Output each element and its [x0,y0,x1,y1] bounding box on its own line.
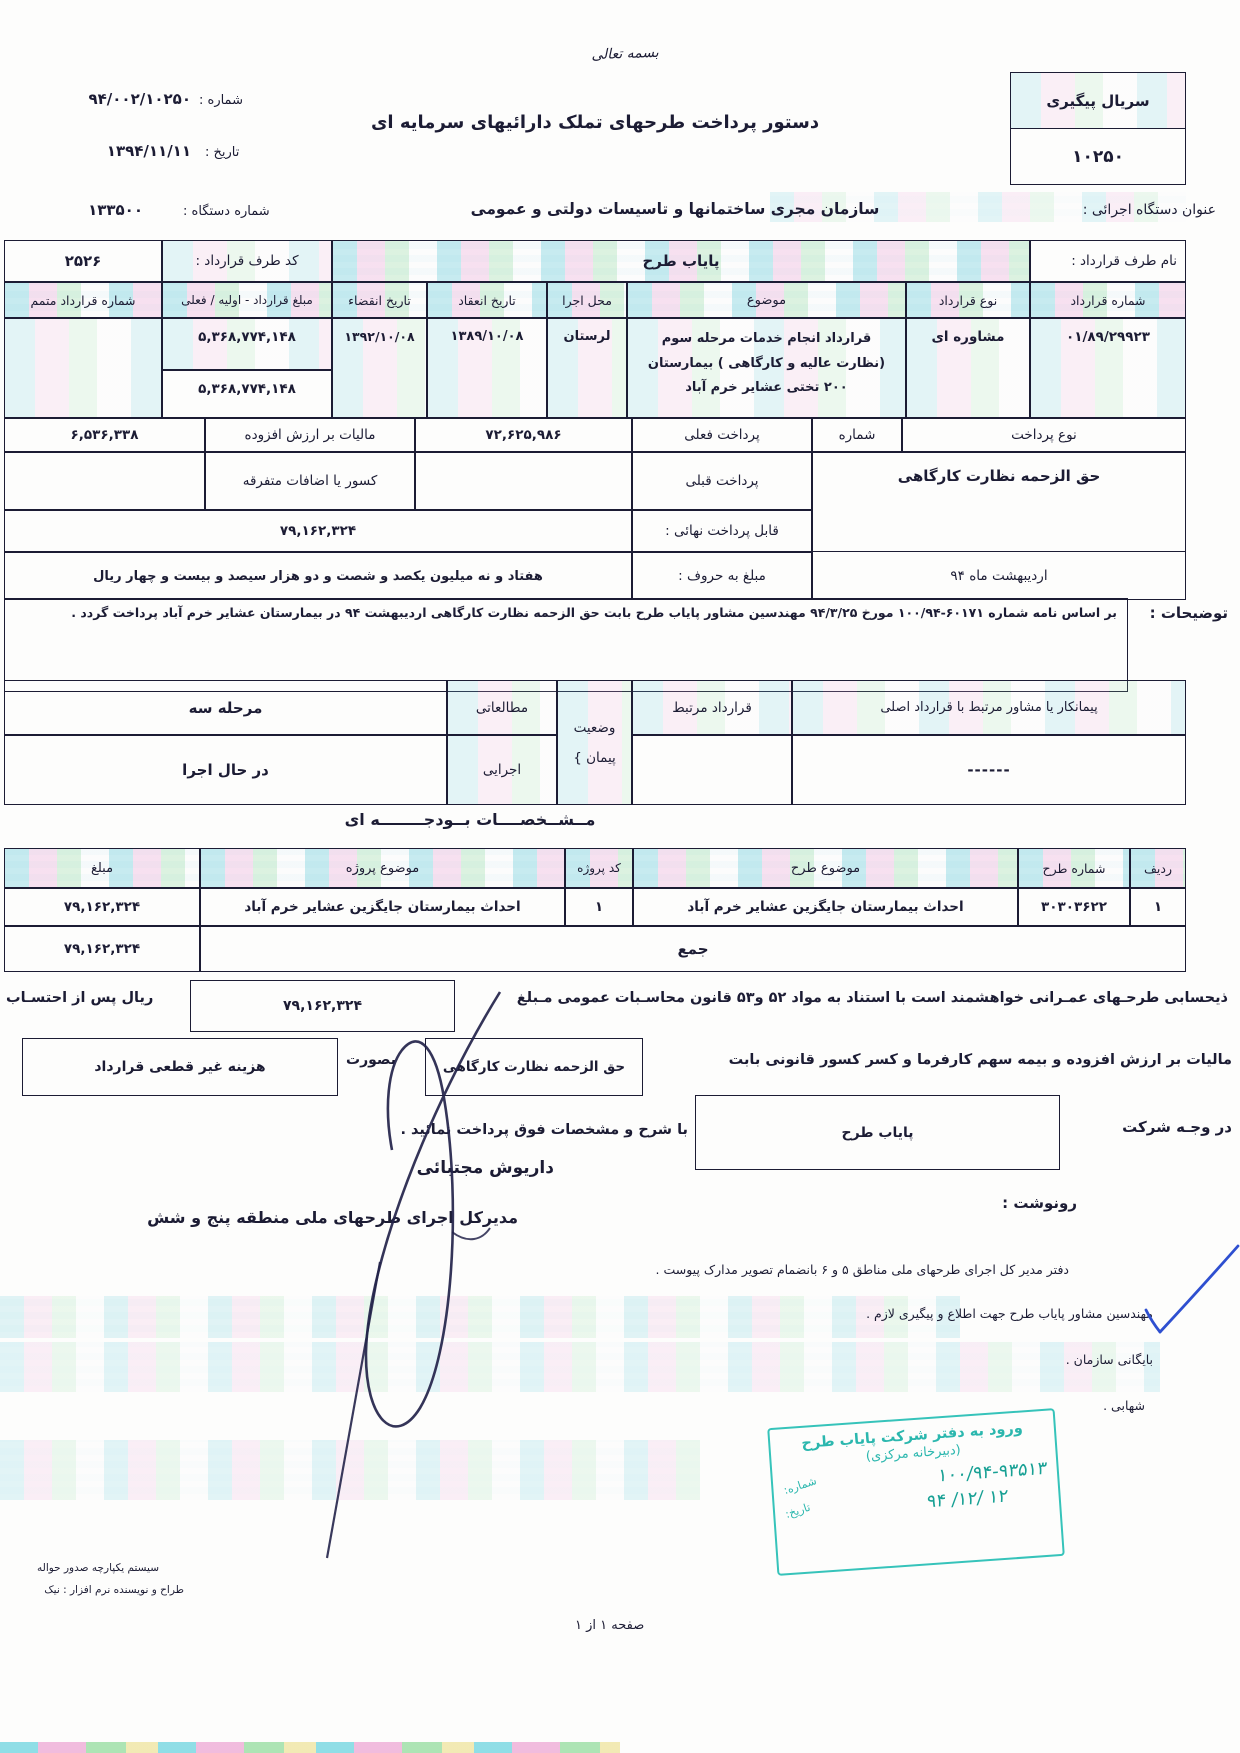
budget-project-code-cell: ۱ [565,888,633,926]
page-title: دستور پرداخت طرحهای تملک دارائیهای سرمای… [330,112,860,133]
location-value-cell: لرستان [547,318,627,418]
words-label: مبلغ به حروف : [678,568,766,584]
status-row2-value: در حال اجرا [182,761,269,779]
budget-total-label: جمع [677,940,708,958]
budget-row-index-cell: ۱ [1130,888,1186,926]
status-row2-value-cell: در حال اجرا [4,735,447,805]
scan-noise-band [0,1342,1160,1392]
copies-label: رونوشت : [1002,1194,1077,1212]
final-value: ۷۹,۱۶۲,۳۲۴ [280,523,356,539]
related-contract-value-cell [632,735,792,805]
budget-col-plan-subject-cell: موضوع طرح [633,848,1018,888]
budget-total-amount-cell: ۷۹,۱۶۲,۳۲۴ [4,926,200,972]
notes-text-a: بر اساس نامه شماره [988,605,1117,620]
doc-date-value: ۱۳۹۴/۱۱/۱۱ [8,142,191,160]
final-label: قابل پرداخت نهائی : [665,523,779,539]
budget-col-project-code: کد پروژه [577,861,621,875]
amount-current: ۵,۳۶۸,۷۷۴,۱۴۸ [198,381,296,397]
subject-value: قرارداد انجام خدمات مرحله سوم (نظارت عال… [638,327,895,401]
status-word1: وضعیت [574,720,616,736]
sign-date-value: ۱۳۸۹/۱۰/۰۸ [451,329,524,344]
status-row2-kind: اجرایی [483,762,521,778]
party-code: ۲۵۲۶ [65,252,102,270]
order-fee: حق الزحمه نظارت کارگاهی [443,1059,625,1075]
notes-text: بر اساس نامه شماره ۱۰۰/۹۴-۶۰۱۷۱ مورخ ۹۴/… [71,605,1117,620]
stamp-number-label: شماره: [782,1474,818,1497]
budget-project-subject: احداث بیمارستان جایگزین عشایر خرم آباد [244,899,520,915]
exec-device-label: عنوان دستگاه اجرائی : [1083,202,1216,218]
budget-plan-subject: احداث بیمارستان جایگزین عشایر خرم آباد [687,899,963,915]
budget-col-project-code-cell: کد پروژه [565,848,633,888]
col-sign-date-cell: تاریخ انعقاد [427,282,547,318]
status-row1-kind: مطالعاتی [476,700,528,716]
payment-type-label: نوع پرداخت [1011,427,1077,443]
type-value: مشاوره ای [932,329,1005,345]
budget-plan-subject-cell: احداث بیمارستان جایگزین عشایر خرم آباد [633,888,1018,926]
company-entry-stamp: ورود به دفتر شرکت پایاب طرح (دبیرخانه مر… [767,1408,1065,1576]
amount-words-cell: هفتاد و نه میلیون یکصد و شصت و دو هزار س… [4,552,632,600]
sign-date-value-cell: ۱۳۸۹/۱۰/۰۸ [427,318,547,418]
current-label-cell: پرداخت فعلی [632,418,812,452]
fee-type: حق الزحمه نظارت کارگاهی [898,467,1101,485]
stamp-date-value: ۹۴ /۱۲/ ۱۲ [926,1485,1009,1512]
col-location: محل اجرا [562,293,612,308]
payment-no-cell: شماره [812,418,902,452]
contractor-value: ------ [967,761,1010,779]
order-line3-right: در وجـه شرکت [1122,1118,1232,1136]
vat-label: مالیات بر ارزش افزوده [245,427,376,443]
budget-col-plan-no: شماره طرح [1043,861,1106,876]
doc-date-label: تاریخ : [205,145,239,160]
order-company: پایاب طرح [842,1125,914,1141]
copy-item-3: بایگانی سازمان . [1066,1352,1153,1367]
contractor-label-cell: پیمانکار یا مشاور مرتبط با قرارداد اصلی [792,680,1186,735]
budget-row-index: ۱ [1154,899,1162,915]
copy-item-4: شهابی . [1103,1398,1145,1413]
words-label-cell: مبلغ به حروف : [632,552,812,600]
status-row1-kind-cell: مطالعاتی [447,680,557,735]
col-sign-date: تاریخ انعقاد [458,293,516,308]
payment-no-label: شماره [839,427,876,443]
doc-number-label: شماره : [199,93,243,108]
budget-col-project-subject: موضوع پروژه [346,861,419,876]
budget-total-amount: ۷۹,۱۶۲,۳۲۴ [64,941,140,957]
budget-col-row-cell: ردیف [1130,848,1186,888]
doc-number-value: ۹۴/۰۰۲/۱۰۲۵۰ [8,90,191,108]
order-fee-box: حق الزحمه نظارت کارگاهی [425,1038,643,1096]
org-name: سازمان مجری ساختمانها و تاسیسات دولتی و … [455,200,895,218]
party-name: پایاب طرح [642,252,719,270]
subject-value-cell: قرارداد انجام خدمات مرحله سوم (نظارت عال… [627,318,906,418]
vat-value-cell: ۶,۵۳۶,۳۳۸ [4,418,205,452]
status-word2-wrap: پیمان { [573,750,616,766]
current-value-cell: ۷۲,۶۲۵,۹۸۶ [415,418,632,452]
contractor-label: پیمانکار یا مشاور مرتبط با قرارداد اصلی [880,700,1097,715]
type-value-cell: مشاوره ای [906,318,1030,418]
budget-amount: ۷۹,۱۶۲,۳۲۴ [64,899,140,915]
contract-no-value-cell: ۰۱/۸۹/۲۹۹۲۳ [1030,318,1186,418]
scan-noise-band [0,1440,700,1500]
fee-type-cell: حق الزحمه نظارت کارگاهی [812,452,1186,552]
budget-amount-cell: ۷۹,۱۶۲,۳۲۴ [4,888,200,926]
amount-initial-cell: ۵,۳۶۸,۷۷۴,۱۴۸ [162,318,332,370]
order-amount: ۷۹,۱۶۲,۳۲۴ [283,998,362,1014]
current-value: ۷۲,۶۲۵,۹۸۶ [485,427,561,443]
prev-label-cell: پرداخت قبلی [632,452,812,510]
notes-label: توضیحات : [1150,604,1228,622]
order-line2: مالیات بر ارزش افزوده و بیمه سهم کارفرما… [729,1052,1232,1068]
status-merged-cell: وضعیت پیمان { [557,680,632,805]
signatory-title: مدیرکل اجرای طرحهای ملی منطقه پنج و شش [147,1208,518,1227]
budget-plan-no: ۳۰۳۰۳۶۲۲ [1041,899,1107,915]
col-supplement-cell: شماره قرارداد متمم [4,282,162,318]
serial-box-value-cell: ۱۰۲۵۰ [1010,128,1186,185]
deduction-label-cell: کسور یا اضافات متفرقه [205,452,415,510]
budget-col-plan-subject: موضوع طرح [791,861,860,876]
status-row1-value-cell: مرحله سه [4,680,447,735]
fee-period-cell: اردیبهشت ماه ۹۴ [812,552,1186,600]
order-company-box: پایاب طرح [695,1095,1060,1170]
payment-type-cell: نوع پرداخت [902,418,1186,452]
status-row2-kind-cell: اجرایی [447,735,557,805]
party-code-label: کد طرف قرارداد : [195,253,298,269]
order-expense-box: هزینه غیر قطعی قرارداد [22,1038,338,1096]
col-type: نوع قرارداد [939,293,997,308]
amount-current-cell: ۵,۳۶۸,۷۷۴,۱۴۸ [162,370,332,418]
vat-label-cell: مالیات بر ارزش افزوده [205,418,415,452]
order-line3-left: با شرح و مشخصات فوق پرداخت نمائید . [400,1122,688,1138]
contract-party-code-value-cell: ۲۵۲۶ [4,240,162,282]
supplement-value-cell [4,318,162,418]
col-location-cell: محل اجرا [547,282,627,318]
col-amount-cell: مبلغ قرارداد - اولیه / فعلی [162,282,332,318]
contract-party-code-label-cell: کد طرف قرارداد : [162,240,332,282]
signatory-name: داریوش مجتبائی [417,1158,554,1178]
stamp-number-value: ۱۰۰/۹۴-۹۳۵۱۳ [937,1458,1047,1487]
related-contract-cell: قرارداد مرتبط [632,680,792,735]
contract-party-name-cell: پایاب طرح [332,240,1030,282]
notes-text-b: مورخ ۹۴/۳/۲۵ مهندسین مشاور پایاب طرح باب… [71,605,893,620]
order-besurat: بصورت [346,1052,396,1068]
final-value-cell: ۷۹,۱۶۲,۳۲۴ [4,510,632,552]
budget-total-label-cell: جمع [200,926,1186,972]
party-name-label: نام طرف قرارداد : [1071,253,1177,269]
status-brace: { [573,750,582,766]
stamp-date-label: تاریخ: [784,1501,812,1521]
budget-project-code: ۱ [595,899,603,915]
budget-section-title: مــشــخصــــات بــودجــــــــه ای [240,810,700,829]
order-expense: هزینه غیر قطعی قرارداد [94,1059,265,1075]
deduction-value-cell [4,452,205,510]
serial-label: سریال پیگیری [1046,92,1149,110]
notes-box: بر اساس نامه شماره ۱۰۰/۹۴-۶۰۱۷۱ مورخ ۹۴/… [4,598,1128,692]
status-word2: پیمان [586,750,616,766]
device-no-value: ۱۳۳۵۰۰ [8,201,143,219]
expiry-value: ۱۳۹۲/۱۰/۰۸ [344,329,414,344]
col-type-cell: نوع قرارداد [906,282,1030,318]
col-expiry-cell: تاریخ انقضاء [332,282,427,318]
order-line1-left: ریال پس از احتسـاب [6,990,153,1006]
contractor-value-cell: ------ [792,735,1186,805]
device-no-label: شماره دستگاه : [183,204,270,219]
prev-label: پرداخت قبلی [685,473,758,489]
col-contract-no-cell: شماره قرارداد [1030,282,1186,318]
budget-col-amount-cell: مبلغ [4,848,200,888]
col-expiry: تاریخ انقضاء [348,293,411,308]
order-amount-box: ۷۹,۱۶۲,۳۲۴ [190,980,455,1032]
related-contract-label: قرارداد مرتبط [672,700,752,716]
final-label-cell: قابل پرداخت نهائی : [632,510,812,552]
budget-project-subject-cell: احداث بیمارستان جایگزین عشایر خرم آباد [200,888,565,926]
col-contract-no: شماره قرارداد [1070,293,1145,308]
prev-value-cell [415,452,632,510]
order-line1-right: ذیحسابی طرحـهای عمـرانی خواهشمند است با … [517,990,1228,1006]
serial-box-label-cell: سریال پیگیری [1010,72,1186,129]
col-subject: موضوع [747,293,786,308]
deduction-label: کسور یا اضافات متفرقه [243,473,378,489]
copy-item-2: مهندسین مشاور پایاب طرح جهت اطلاع و پیگی… [866,1306,1153,1321]
budget-col-amount: مبلغ [91,861,113,876]
contract-party-name-label-cell: نام طرف قرارداد : [1030,240,1186,282]
budget-col-row: ردیف [1144,861,1172,876]
col-amount: مبلغ قرارداد - اولیه / فعلی [181,293,313,307]
budget-col-project-subject-cell: موضوع پروژه [200,848,565,888]
serial-value: ۱۰۲۵۰ [1072,147,1124,167]
contract-no-value: ۰۱/۸۹/۲۹۹۲۳ [1066,329,1150,345]
col-supplement: شماره قرارداد متمم [30,293,135,308]
copy-item-1: دفتر مدیر کل اجرای طرحهای ملی مناطق ۵ و … [656,1262,1069,1277]
budget-col-plan-no-cell: شماره طرح [1018,848,1130,888]
col-subject-cell: موضوع [627,282,906,318]
vat-value: ۶,۵۳۶,۳۳۸ [71,427,139,443]
footer-author-line: طراح و نویسنده نرم افزار : نیک [44,1584,184,1596]
location-value: لرستان [563,329,610,344]
fee-period: اردیبهشت ماه ۹۴ [950,568,1047,584]
amount-words: هفتاد و نه میلیون یکصد و شصت و دو هزار س… [93,569,543,584]
footer-system-line: سیستم یکپارچه صدور حواله [37,1562,159,1574]
budget-plan-no-cell: ۳۰۳۰۳۶۲۲ [1018,888,1130,926]
status-row1-value: مرحله سه [189,699,263,717]
besmellah: بسمه تعالی [560,44,690,65]
expiry-value-cell: ۱۳۹۲/۱۰/۰۸ [332,318,427,418]
scanned-payment-order-page: { "document": { "besmellah": "بسمه تعالی… [0,0,1240,1753]
amount-initial: ۵,۳۶۸,۷۷۴,۱۴۸ [198,329,296,345]
current-label: پرداخت فعلی [684,427,760,443]
scan-rainbow-strip [0,1742,620,1753]
page-number: صفحه ۱ از ۱ [575,1618,644,1633]
notes-letter-no: ۱۰۰/۹۴-۶۰۱۷۱ [898,605,984,620]
scan-noise-band [0,1296,960,1338]
